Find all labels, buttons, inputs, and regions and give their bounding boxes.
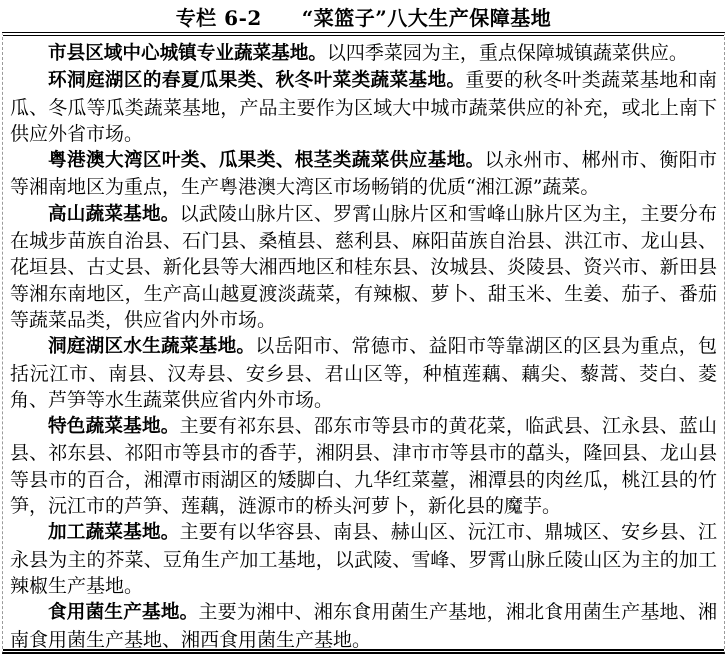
- section-paragraph-greater-bay-area-base: 粤港澳大湾区叶类、瓜果类、根茎类蔬菜供应基地。以永州市、郴州市、衡阳市等湘南地区…: [10, 147, 717, 201]
- section-paragraph-urban-center-base: 市县区域中心城镇专业蔬菜基地。以四季菜园为主，重点保障城镇蔬菜供应。: [10, 40, 717, 67]
- section-lead: 高山蔬菜基地。: [48, 204, 180, 225]
- document-page: 专栏 6-2“菜篮子”八大生产保障基地 市县区域中心城镇专业蔬菜基地。以四季菜园…: [0, 0, 727, 656]
- section-paragraph-dongting-melon-leaf-base: 环洞庭湖区的春夏瓜果类、秋冬叶菜类蔬菜基地。重要的秋冬叶类蔬菜基地和南瓜、冬瓜等…: [10, 67, 717, 147]
- section-lead: 粤港澳大湾区叶类、瓜果类、根茎类蔬菜供应基地。: [48, 150, 485, 171]
- section-body: 以四季菜园为主，重点保障城镇蔬菜供应。: [327, 42, 688, 64]
- column-number-label: 专栏 6-2: [176, 6, 262, 30]
- section-paragraph-processed-vegetable-base: 加工蔬菜基地。主要有以华容县、南县、赫山区、沅江市、鼎城区、安乡县、江永县为主的…: [10, 519, 717, 599]
- section-lead: 特色蔬菜基地。: [48, 416, 180, 437]
- section-lead: 环洞庭湖区的春夏瓜果类、秋冬叶菜类蔬菜基地。: [48, 70, 465, 91]
- column-content-box: 市县区域中心城镇专业蔬菜基地。以四季菜园为主，重点保障城镇蔬菜供应。 环洞庭湖区…: [2, 32, 725, 654]
- section-lead: 洞庭湖区水生蔬菜基地。: [48, 336, 255, 357]
- section-lead: 食用菌生产基地。: [48, 602, 198, 623]
- column-title-text: “菜篮子”八大生产保障基地: [302, 6, 552, 30]
- section-paragraph-specialty-vegetable-base: 特色蔬菜基地。主要有祁东县、邵东市等县市的黄花菜，临武县、江永县、蓝山县、祁东县…: [10, 413, 717, 519]
- section-lead: 加工蔬菜基地。: [48, 522, 180, 543]
- section-paragraph-alpine-vegetable-base: 高山蔬菜基地。以武陵山脉片区、罗霄山脉片区和雪峰山脉片区为主，主要分布在城步苗族…: [10, 201, 717, 333]
- section-lead: 市县区域中心城镇专业蔬菜基地。: [48, 43, 327, 64]
- section-paragraph-aquatic-vegetable-base: 洞庭湖区水生蔬菜基地。以岳阳市、常德市、益阳市等靠湖区的区县为重点，包括沅江市、…: [10, 333, 717, 413]
- section-paragraph-edible-fungi-base: 食用菌生产基地。主要为湘中、湘东食用菌生产基地，湘北食用菌生产基地、湘南食用菌生…: [10, 599, 717, 653]
- column-title: 专栏 6-2“菜篮子”八大生产保障基地: [0, 0, 727, 32]
